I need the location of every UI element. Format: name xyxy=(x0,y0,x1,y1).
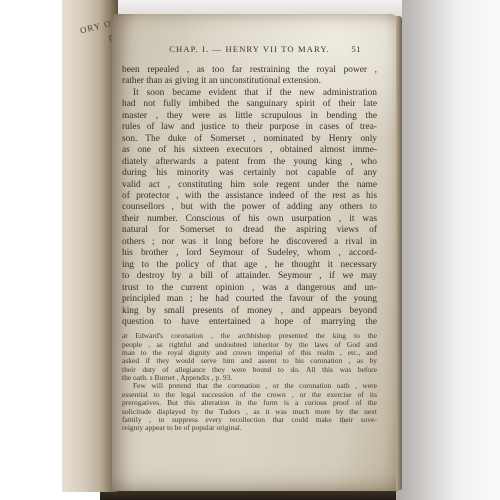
text-line: during his minority was certainly not ca… xyxy=(122,168,377,179)
text-line: of protector , with the assistance indee… xyxy=(122,191,377,202)
text-line: rather than as giving it an unconstituti… xyxy=(122,76,377,87)
overexposed-left-strip xyxy=(0,0,62,500)
text-line: counsellors , but with the power of addi… xyxy=(122,202,377,213)
footnote-text: at Edward's coronation , the archbishop … xyxy=(122,332,377,432)
running-header: CHAP. I. — HENRY VII TO MARY. 51 xyxy=(122,44,377,54)
text-line: their number. Conscious of his own usurp… xyxy=(122,214,377,225)
chapter-title: CHAP. I. — HENRY VII TO MARY. xyxy=(169,44,330,54)
text-line: ing to the policy of that age , he thoug… xyxy=(122,260,377,271)
text-line: rules of law and justice to their purpos… xyxy=(122,122,377,133)
left-page-main-fragments: provisions appafter the extrahowever the… xyxy=(62,19,118,393)
page-fore-edge xyxy=(396,16,402,490)
left-page-text: ORY OF ENGLA provisions appafter the ext… xyxy=(62,6,118,393)
photo-background xyxy=(390,0,500,500)
text-line: reignty appear to be of popular original… xyxy=(122,424,377,432)
text-line: valid act , constituting him sole regent… xyxy=(122,180,377,191)
text-line: It soon became evident that if the new a… xyxy=(122,88,377,99)
text-line: master , they were as little scrupulous … xyxy=(122,111,377,122)
text-line: been repealed , as too far restraining t… xyxy=(122,65,377,76)
text-line: had not fully imbibed the sanguinary spi… xyxy=(122,99,377,110)
text-line: diately afterwards a patent from the you… xyxy=(122,157,377,168)
text-line: natural for Somerset to dread the aspiri… xyxy=(122,225,377,236)
text-line: trust to the current opinion , was a dan… xyxy=(122,283,377,294)
text-line: question to have entertained a hope of m… xyxy=(122,317,377,328)
right-page: CHAP. I. — HENRY VII TO MARY. 51 been re… xyxy=(112,14,399,491)
left-page-footnote-fragments: n imposed thmerly , the kingrealm , and … xyxy=(62,382,118,492)
text-line: king by small presents of money , and ap… xyxy=(122,306,377,317)
body-text: been repealed , as too far restraining t… xyxy=(122,65,377,328)
text-line: as one of his sixteen executors , obtain… xyxy=(122,145,377,156)
left-page: ORY OF ENGLA provisions appafter the ext… xyxy=(62,0,118,492)
text-line: his brother , lord Seymour of Sudeley, w… xyxy=(122,248,377,259)
book-photo: ORY OF ENGLA provisions appafter the ext… xyxy=(0,0,500,500)
page-number: 51 xyxy=(351,44,361,54)
text-line: others ; nor was it long before he disco… xyxy=(122,237,377,248)
text-line: to destroy by a bill of attainder. Seymo… xyxy=(122,271,377,282)
text-line: principled man ; he had courted the favo… xyxy=(122,294,377,305)
page-content: CHAP. I. — HENRY VII TO MARY. 51 been re… xyxy=(122,44,377,433)
text-line: son. The duke of Somerset , nominated by… xyxy=(122,134,377,145)
